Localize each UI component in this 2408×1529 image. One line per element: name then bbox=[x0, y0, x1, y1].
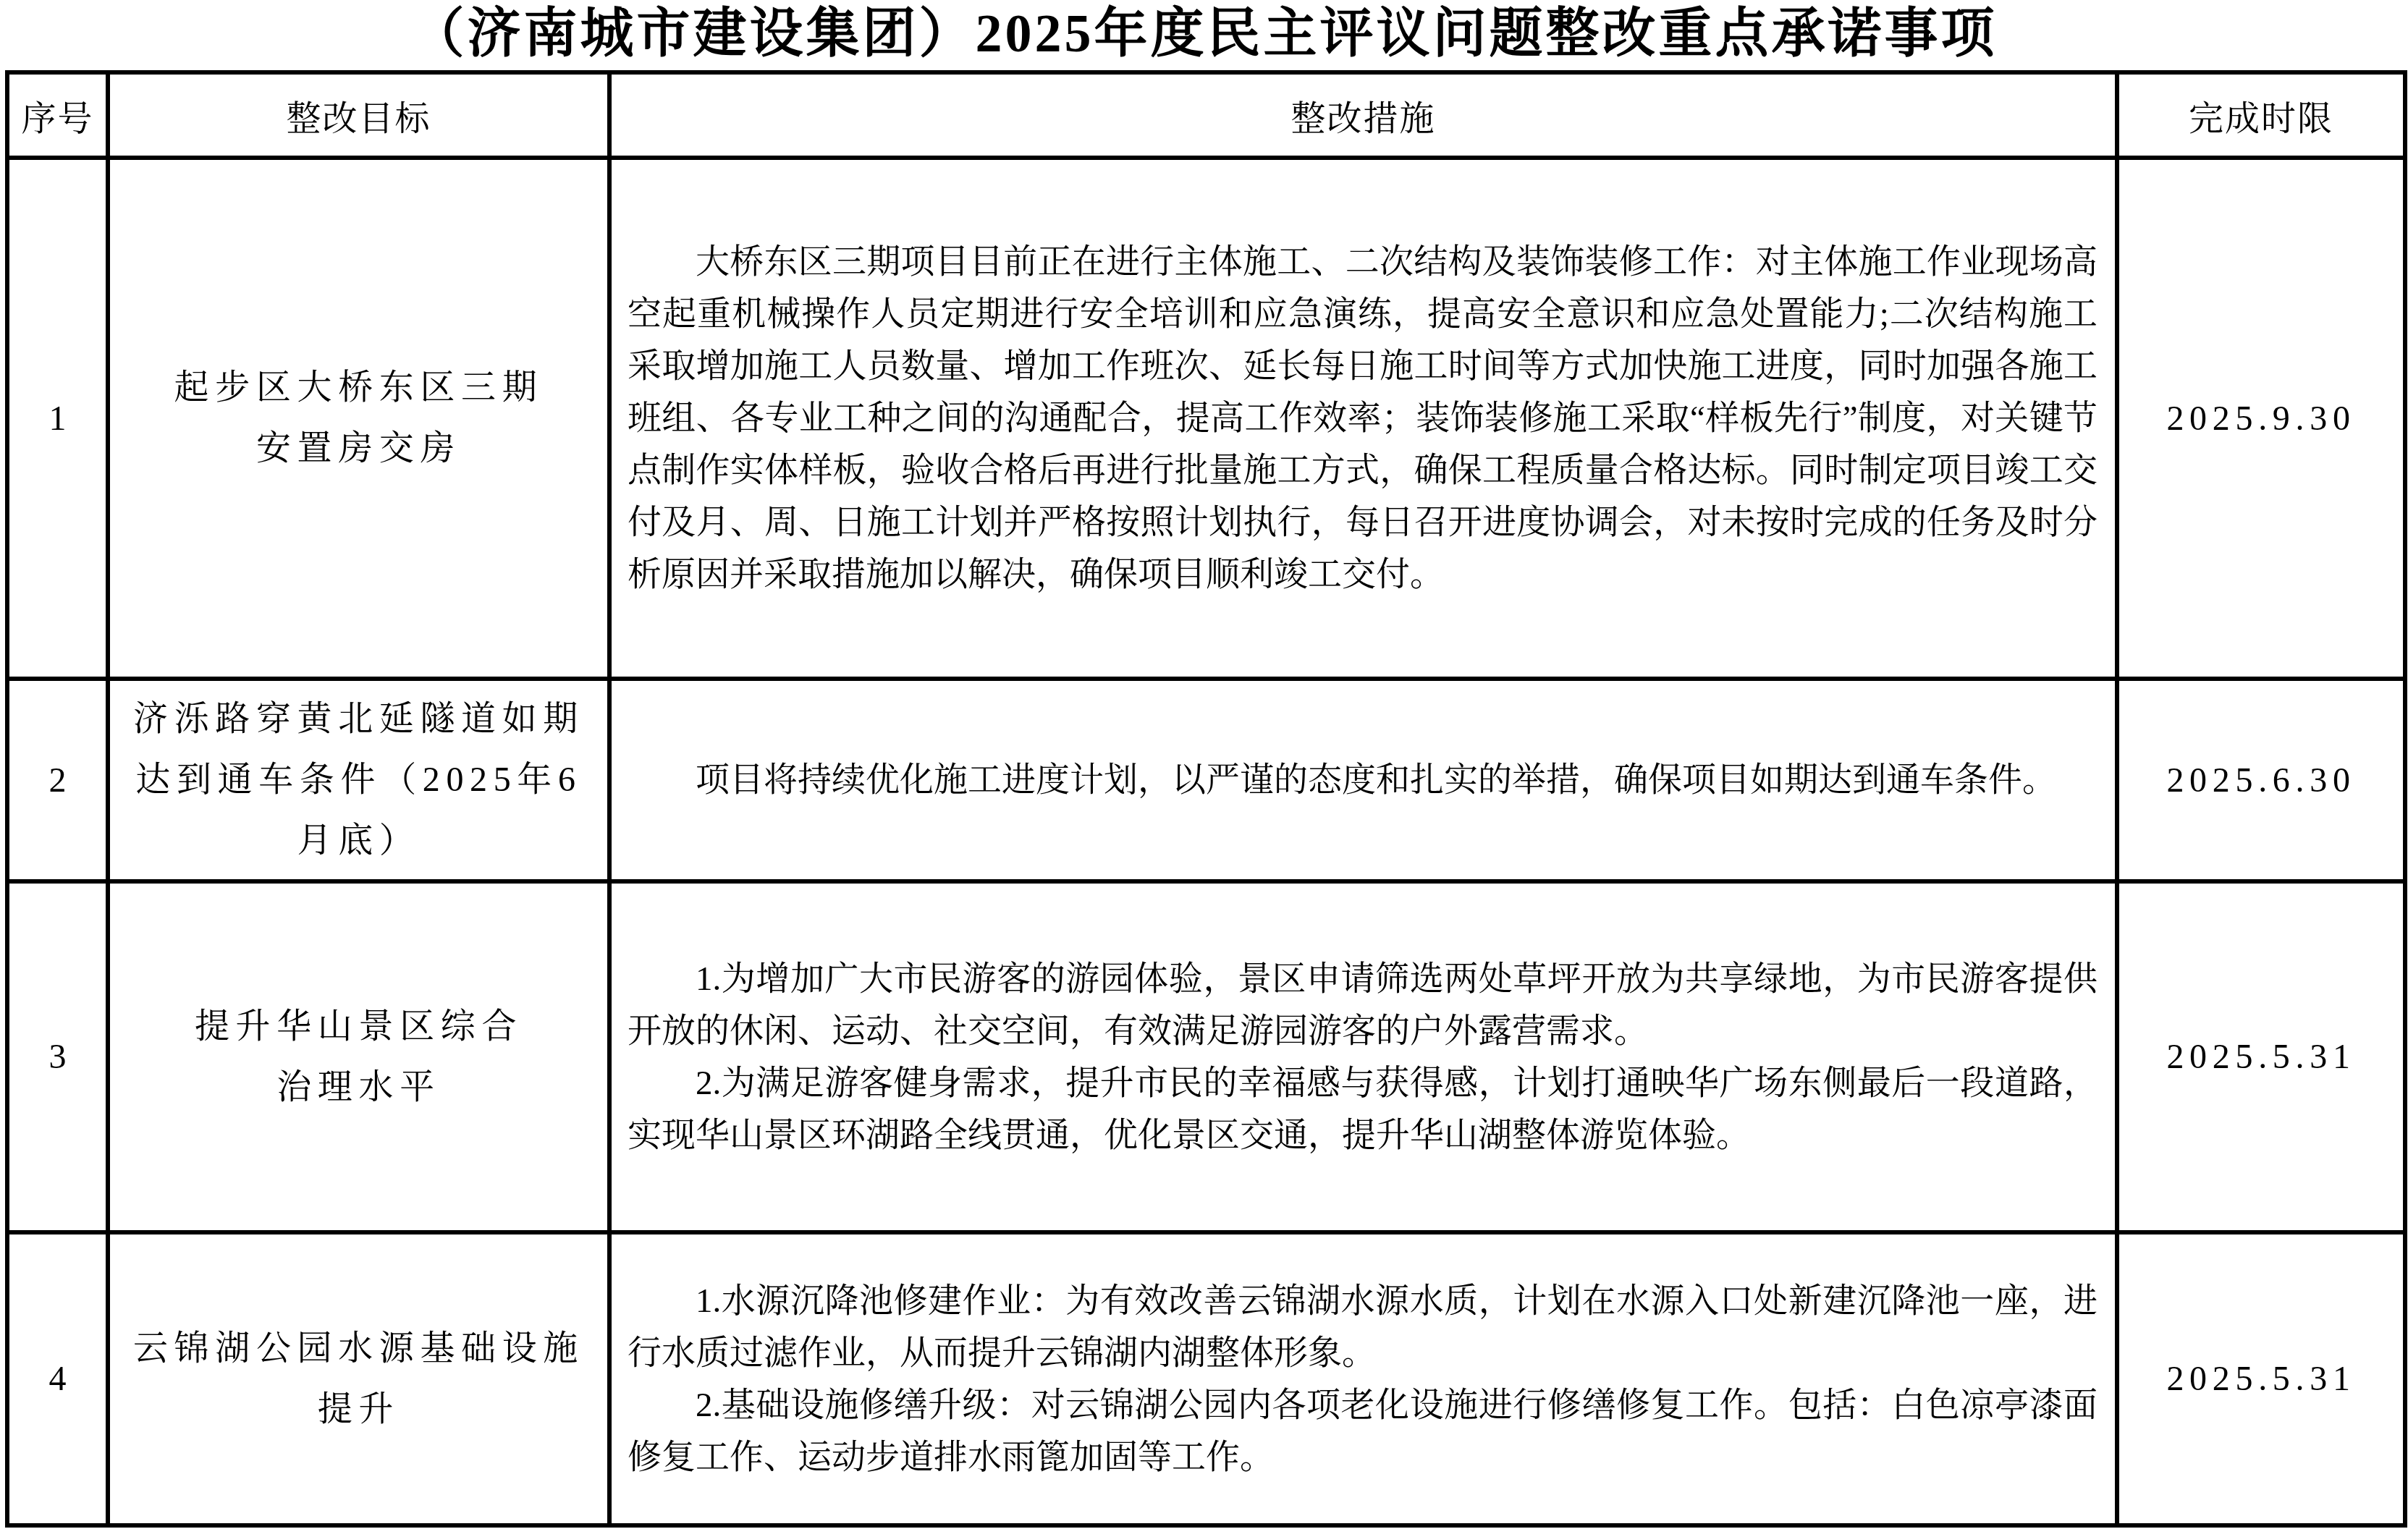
rectification-table: 序号 整改目标 整改措施 完成时限 1起步区大桥东区三期安置房交房大桥东区三期项… bbox=[5, 70, 2407, 1528]
measures-cell: 项目将持续优化施工进度计划，以严谨的态度和扎实的举措，确保项目如期达到通车条件。 bbox=[609, 679, 2117, 881]
page-title: （济南城市建设集团）2025年度民主评议问题整改重点承诺事项 bbox=[0, 0, 2408, 70]
deadline-cell: 2025.5.31 bbox=[2117, 1232, 2405, 1525]
deadline-cell: 2025.9.30 bbox=[2117, 158, 2405, 679]
goal-line: 起步区大桥东区三期 bbox=[114, 357, 603, 418]
measures-cell: 大桥东区三期项目目前正在进行主体施工、二次结构及装饰装修工作：对主体施工作业现场… bbox=[609, 158, 2117, 679]
row-index-cell: 1 bbox=[7, 158, 108, 679]
header-measures: 整改措施 bbox=[609, 72, 2117, 158]
row-index-cell: 4 bbox=[7, 1232, 108, 1525]
goal-line: 提升 bbox=[114, 1379, 603, 1440]
goal-line: 济泺路穿黄北延隧道如期 bbox=[114, 689, 603, 750]
measure-paragraph: 2.基础设施修缮升级：对云锦湖公园内各项老化设施进行修缮修复工作。包括：白色凉亭… bbox=[628, 1379, 2098, 1483]
goal-cell: 济泺路穿黄北延隧道如期达到通车条件（2025年6月底） bbox=[108, 679, 609, 881]
measure-paragraph: 1.水源沉降池修建作业：为有效改善云锦湖水源水质，计划在水源入口处新建沉降池一座… bbox=[628, 1275, 2098, 1379]
goal-line: 提升华山景区综合 bbox=[114, 996, 603, 1057]
deadline-cell: 2025.5.31 bbox=[2117, 881, 2405, 1232]
header-goal: 整改目标 bbox=[108, 72, 609, 158]
table-row: 4云锦湖公园水源基础设施提升1.水源沉降池修建作业：为有效改善云锦湖水源水质，计… bbox=[7, 1232, 2405, 1525]
goal-line: 达到通车条件（2025年6 bbox=[114, 750, 603, 810]
measure-paragraph: 项目将持续优化施工进度计划，以严谨的态度和扎实的举措，确保项目如期达到通车条件。 bbox=[628, 754, 2098, 806]
goal-line: 安置房交房 bbox=[114, 418, 603, 479]
table-row: 1起步区大桥东区三期安置房交房大桥东区三期项目目前正在进行主体施工、二次结构及装… bbox=[7, 158, 2405, 679]
goal-cell: 云锦湖公园水源基础设施提升 bbox=[108, 1232, 609, 1525]
table-row: 2济泺路穿黄北延隧道如期达到通车条件（2025年6月底）项目将持续优化施工进度计… bbox=[7, 679, 2405, 881]
measures-cell: 1.水源沉降池修建作业：为有效改善云锦湖水源水质，计划在水源入口处新建沉降池一座… bbox=[609, 1232, 2117, 1525]
row-index-cell: 3 bbox=[7, 881, 108, 1232]
header-row: 序号 整改目标 整改措施 完成时限 bbox=[7, 72, 2405, 158]
measure-paragraph: 2.为满足游客健身需求，提升市民的幸福感与获得感，计划打通映华广场东侧最后一段道… bbox=[628, 1057, 2098, 1161]
goal-line: 月底） bbox=[114, 810, 603, 871]
measure-paragraph: 大桥东区三期项目目前正在进行主体施工、二次结构及装饰装修工作：对主体施工作业现场… bbox=[628, 236, 2098, 601]
goal-line: 云锦湖公园水源基础设施 bbox=[114, 1318, 603, 1379]
deadline-cell: 2025.6.30 bbox=[2117, 679, 2405, 881]
measure-paragraph: 1.为增加广大市民游客的游园体验，景区申请筛选两处草坪开放为共享绿地，为市民游客… bbox=[628, 953, 2098, 1057]
row-index-cell: 2 bbox=[7, 679, 108, 881]
header-deadline: 完成时限 bbox=[2117, 72, 2405, 158]
measures-cell: 1.为增加广大市民游客的游园体验，景区申请筛选两处草坪开放为共享绿地，为市民游客… bbox=[609, 881, 2117, 1232]
goal-cell: 起步区大桥东区三期安置房交房 bbox=[108, 158, 609, 679]
goal-cell: 提升华山景区综合治理水平 bbox=[108, 881, 609, 1232]
table-row: 3提升华山景区综合治理水平1.为增加广大市民游客的游园体验，景区申请筛选两处草坪… bbox=[7, 881, 2405, 1232]
goal-line: 治理水平 bbox=[114, 1057, 603, 1118]
header-index: 序号 bbox=[7, 72, 108, 158]
